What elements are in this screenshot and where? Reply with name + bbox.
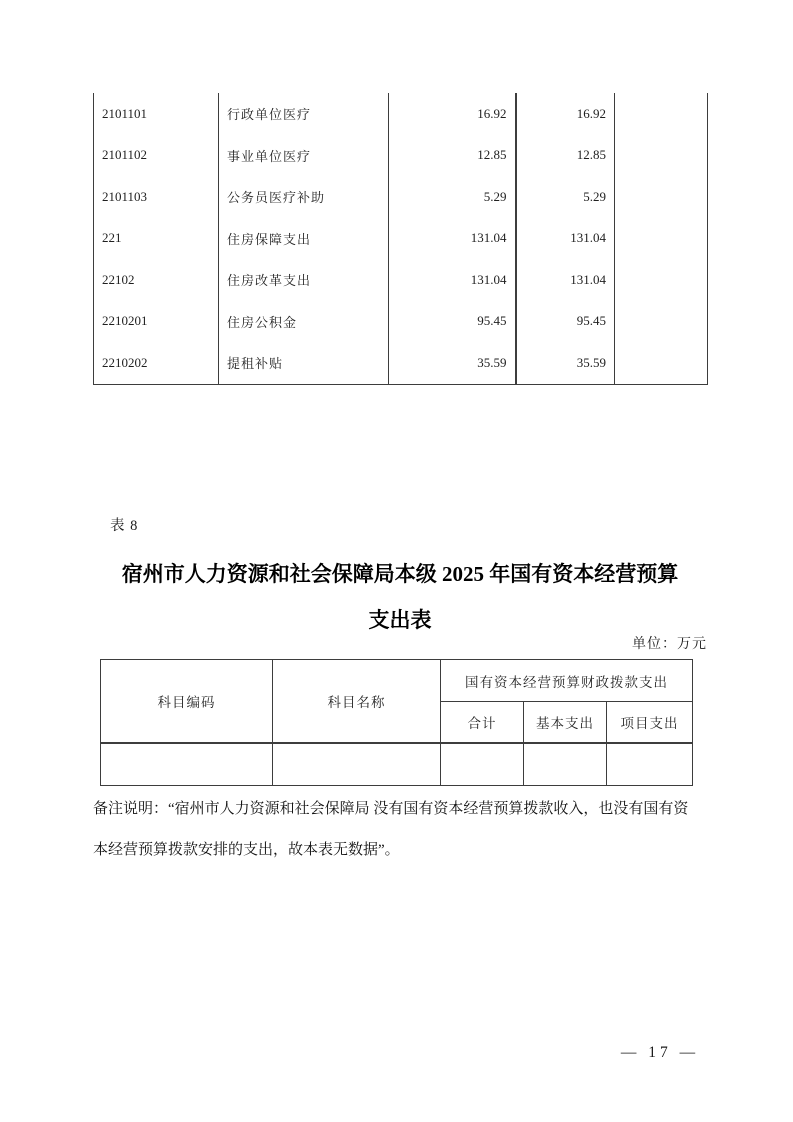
continuation-budget-table: 2101101行政单位医疗16.9216.922101102事业单位医疗12.8…	[93, 93, 708, 385]
cell-name	[273, 743, 441, 786]
remark-note: 备注说明：“宿州市人力资源和社会保障局 没有国有资本经营预算拨款收入，也没有国有…	[93, 789, 711, 871]
header-subject-name: 科目名称	[273, 660, 441, 743]
cell-basic: 5.29	[516, 176, 615, 217]
document-page: 2101101行政单位医疗16.9216.922101102事业单位医疗12.8…	[0, 0, 793, 1122]
cell-project	[615, 300, 708, 341]
table-row: 2210201住房公积金95.4595.45	[94, 300, 708, 341]
cell-total: 5.29	[389, 176, 516, 217]
continuation-table-body: 2101101行政单位医疗16.9216.922101102事业单位医疗12.8…	[94, 93, 708, 385]
cell-project	[615, 134, 708, 175]
cell-basic: 16.92	[516, 93, 615, 134]
cell-project	[615, 259, 708, 300]
cell-basic: 131.04	[516, 217, 615, 258]
cell-total: 35.59	[389, 342, 516, 385]
cell-total: 131.04	[389, 217, 516, 258]
cell-name: 行政单位医疗	[219, 93, 389, 134]
cell-code: 2101101	[94, 93, 219, 134]
cell-basic: 35.59	[516, 342, 615, 385]
cell-project	[615, 93, 708, 134]
table-row: 2210202提租补贴35.5935.59	[94, 342, 708, 385]
table8-title: 宿州市人力资源和社会保障局本级 2025 年国有资本经营预算 支出表	[93, 551, 707, 643]
cell-name: 住房保障支出	[219, 217, 389, 258]
cell-total: 95.45	[389, 300, 516, 341]
cell-name: 事业单位医疗	[219, 134, 389, 175]
cell-code	[101, 743, 273, 786]
cell-project	[615, 176, 708, 217]
cell-name: 提租补贴	[219, 342, 389, 385]
cell-project	[615, 217, 708, 258]
table8-header-row-1: 科目编码 科目名称 国有资本经营预算财政拨款支出	[101, 660, 693, 702]
header-group-fiscal-appropriation: 国有资本经营预算财政拨款支出	[441, 660, 693, 702]
header-subject-code: 科目编码	[101, 660, 273, 743]
table-row: 221住房保障支出131.04131.04	[94, 217, 708, 258]
cell-total: 12.85	[389, 134, 516, 175]
header-project-expenditure: 项目支出	[607, 702, 693, 743]
remark-line2: 本经营预算拨款安排的支出，故本表无数据”。	[93, 830, 711, 871]
cell-code: 221	[94, 217, 219, 258]
table8-title-line2: 支出表	[93, 597, 707, 643]
cell-basic: 131.04	[516, 259, 615, 300]
table8-state-capital-expenditure-table: 科目编码 科目名称 国有资本经营预算财政拨款支出 合计 基本支出 项目支出	[100, 659, 693, 786]
cell-total	[441, 743, 524, 786]
cell-basic	[524, 743, 607, 786]
cell-basic: 12.85	[516, 134, 615, 175]
cell-code: 2210202	[94, 342, 219, 385]
cell-total: 16.92	[389, 93, 516, 134]
table8-label: 表 8	[110, 514, 138, 535]
header-basic-expenditure: 基本支出	[524, 702, 607, 743]
cell-name: 住房公积金	[219, 300, 389, 341]
table8-title-line1: 宿州市人力资源和社会保障局本级 2025 年国有资本经营预算	[93, 551, 707, 597]
table8-empty-row	[101, 743, 693, 786]
cell-code: 22102	[94, 259, 219, 300]
cell-code: 2210201	[94, 300, 219, 341]
cell-code: 2101103	[94, 176, 219, 217]
cell-name: 住房改革支出	[219, 259, 389, 300]
table-row: 2101103公务员医疗补助5.295.29	[94, 176, 708, 217]
page-number: — 17 —	[600, 1044, 720, 1062]
cell-name: 公务员医疗补助	[219, 176, 389, 217]
remark-line1: 备注说明：“宿州市人力资源和社会保障局 没有国有资本经营预算拨款收入，也没有国有…	[93, 789, 711, 830]
unit-note: 单位：万元	[632, 633, 707, 653]
cell-project	[615, 342, 708, 385]
table-row: 2101102事业单位医疗12.8512.85	[94, 134, 708, 175]
cell-code: 2101102	[94, 134, 219, 175]
table-row: 22102住房改革支出131.04131.04	[94, 259, 708, 300]
cell-basic: 95.45	[516, 300, 615, 341]
cell-total: 131.04	[389, 259, 516, 300]
header-total: 合计	[441, 702, 524, 743]
table-row: 2101101行政单位医疗16.9216.92	[94, 93, 708, 134]
cell-project	[607, 743, 693, 786]
